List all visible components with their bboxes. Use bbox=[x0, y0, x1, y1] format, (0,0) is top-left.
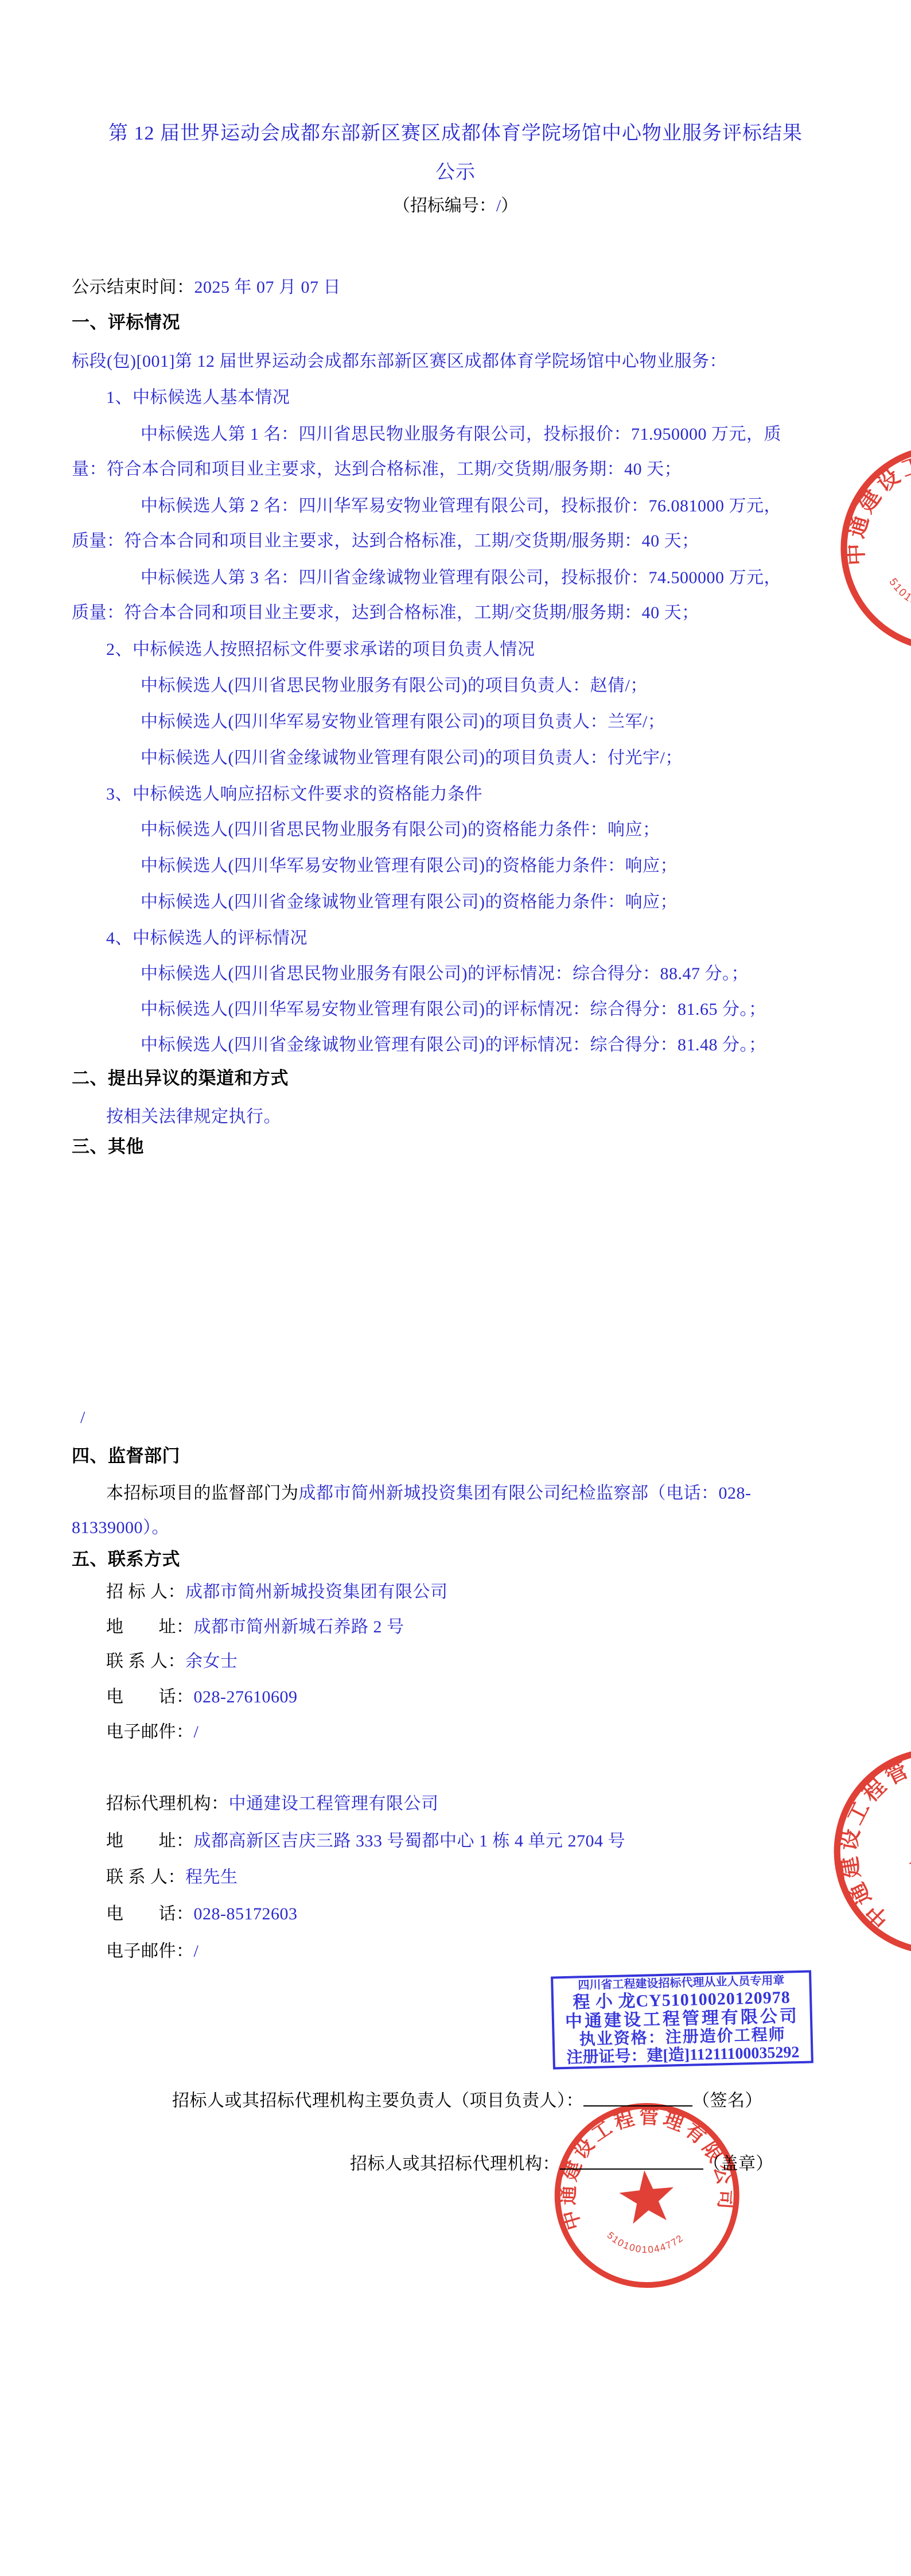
tender-number-close: ） bbox=[501, 196, 518, 215]
doc-line: 4、中标候选人的评标情况 bbox=[106, 928, 307, 949]
doc-line: 中标候选人第 2 名：四川华军易安物业管理有限公司，投标报价：76.081000… bbox=[141, 496, 781, 517]
text-segment: 招 标 人： bbox=[106, 1582, 185, 1601]
doc-line: 招标代理机构：中通建设工程管理有限公司 bbox=[106, 1794, 439, 1814]
doc-line: 电 话：028-27610609 bbox=[106, 1687, 298, 1708]
text-segment: 成都市简州新城投资集团有限公司 bbox=[185, 1582, 448, 1601]
tender-number-line: （招标编号：/） bbox=[0, 191, 911, 216]
doc-line: 招 标 人：成都市简州新城投资集团有限公司 bbox=[106, 1582, 448, 1603]
text-segment: 联 系 人： bbox=[106, 1868, 185, 1887]
text-segment: （盖章） bbox=[703, 2155, 773, 2174]
text-segment: 中标候选人(四川省金缘诚物业管理有限公司)的评标情况：综合得分：81.48 分。… bbox=[141, 1035, 766, 1054]
text-segment: 联 系 人： bbox=[106, 1652, 185, 1671]
company-seal-partial-top-right: 中通建设工程管理有限公司5101001044772 bbox=[820, 425, 911, 674]
svg-text:中通建设工程管理有限公司: 中通建设工程管理有限公司 bbox=[840, 435, 911, 593]
doc-line: 量：符合本合同和项目业主要求，达到合格标准，工期/交货期/服务期：40 天； bbox=[72, 459, 682, 480]
text-segment: 中标候选人(四川华军易安物业管理有限公司)的评标情况：综合得分：81.65 分。… bbox=[141, 1000, 766, 1019]
text-segment: 2025 年 07 月 07 日 bbox=[194, 278, 341, 297]
tender-number-label: （招标编号： bbox=[393, 196, 496, 215]
doc-line: 中标候选人(四川华军易安物业管理有限公司)的项目负责人：兰军/； bbox=[141, 712, 665, 732]
text-segment: 电 话： bbox=[106, 1904, 194, 1923]
text-segment: 三、其他 bbox=[72, 1136, 144, 1157]
doc-line: 3、中标候选人响应招标文件要求的资格能力条件 bbox=[106, 784, 482, 805]
text-segment: 招标人或其招标代理机构主要负责人（项目负责人）： bbox=[172, 2092, 583, 2111]
text-segment: 二、提出异议的渠道和方式 bbox=[72, 1068, 289, 1088]
text-segment: / bbox=[80, 1408, 85, 1427]
doc-line: 81339000）。 bbox=[72, 1518, 169, 1538]
doc-line: 质量：符合本合同和项目业主要求，达到合格标准，工期/交货期/服务期：40 天； bbox=[72, 531, 699, 552]
bid-evaluation-announcement-document: { "page": { "background": "#ffffff", "te… bbox=[0, 0, 911, 2576]
text-segment: 中标候选人(四川省金缘诚物业管理有限公司)的资格能力条件：响应； bbox=[141, 893, 678, 911]
text-segment: 中标候选人(四川华军易安物业管理有限公司)的资格能力条件：响应； bbox=[141, 856, 678, 875]
doc-line: 本招标项目的监督部门为成都市简州新城投资集团有限公司纪检监察部（电话：028- bbox=[106, 1483, 752, 1504]
doc-line: 2、中标候选人按照招标文件要求承诺的项目负责人情况 bbox=[106, 639, 535, 660]
doc-line: 电 话：028-85172603 bbox=[106, 1904, 298, 1925]
doc-line: 电子邮件：/ bbox=[106, 1941, 198, 1962]
signature-blank-line bbox=[583, 2087, 692, 2106]
signature-blank-line bbox=[560, 2150, 703, 2170]
text-segment: 质量：符合本合同和项目业主要求，达到合格标准，工期/交货期/服务期：40 天； bbox=[72, 603, 699, 622]
doc-line: 电子邮件：/ bbox=[106, 1722, 198, 1743]
svg-text:5101001044772: 5101001044772 bbox=[883, 575, 911, 620]
doc-line: 中标候选人(四川省思民物业服务有限公司)的资格能力条件：响应； bbox=[141, 820, 660, 840]
text-segment: 一、评标情况 bbox=[72, 312, 180, 332]
text-segment: 质量：符合本合同和项目业主要求，达到合格标准，工期/交货期/服务期：40 天； bbox=[72, 532, 699, 550]
doc-line: 招标人或其招标代理机构：（盖章） bbox=[350, 2150, 773, 2175]
text-segment: 中标候选人(四川省思民物业服务有限公司)的项目负责人：赵倩/； bbox=[141, 676, 648, 695]
text-segment: 中标候选人(四川省金缘诚物业管理有限公司)的项目负责人：付光宇/； bbox=[141, 748, 683, 767]
text-segment: 招标代理机构： bbox=[106, 1794, 229, 1813]
text-segment: 1、中标候选人基本情况 bbox=[106, 388, 290, 407]
doc-line: 四、监督部门 bbox=[72, 1445, 180, 1467]
doc-line: 三、其他 bbox=[72, 1136, 144, 1157]
text-segment: 中通建设工程管理有限公司 bbox=[229, 1794, 439, 1813]
text-segment: 中标候选人第 1 名：四川省思民物业服务有限公司，投标报价：71.950000 … bbox=[141, 425, 781, 444]
doc-line: 五、联系方式 bbox=[72, 1549, 180, 1570]
doc-line: / bbox=[80, 1407, 85, 1428]
doc-line: 按相关法律规定执行。 bbox=[106, 1107, 281, 1127]
text-segment: 成都高新区吉庆三路 333 号蜀都中心 1 栋 4 单元 2704 号 bbox=[194, 1832, 626, 1850]
text-segment: 028-85172603 bbox=[194, 1904, 298, 1923]
doc-line: 联 系 人：余女士 bbox=[106, 1651, 238, 1672]
svg-text:中通建设工程管理有限公司: 中通建设工程管理有限公司 bbox=[797, 1712, 911, 1935]
text-segment: 4、中标候选人的评标情况 bbox=[106, 929, 307, 948]
text-segment: 程先生 bbox=[185, 1868, 238, 1887]
text-segment: 中标候选人(四川省思民物业服务有限公司)的评标情况：综合得分：88.47 分。； bbox=[141, 964, 749, 983]
doc-line: 招标人或其招标代理机构主要负责人（项目负责人）：（签名） bbox=[172, 2087, 762, 2112]
text-segment: / bbox=[194, 1942, 199, 1961]
company-seal-partial-mid-right: 中通建设工程管理有限公司5101001044772 bbox=[785, 1700, 911, 2005]
text-segment: 本招标项目的监督部门为 bbox=[106, 1484, 299, 1503]
text-segment: 3、中标候选人响应招标文件要求的资格能力条件 bbox=[106, 785, 482, 804]
text-segment: 五、联系方式 bbox=[72, 1549, 180, 1569]
text-segment: 电子邮件： bbox=[106, 1942, 194, 1961]
doc-line: 中标候选人(四川省思民物业服务有限公司)的项目负责人：赵倩/； bbox=[141, 676, 648, 696]
text-segment: 电 话： bbox=[106, 1687, 194, 1706]
doc-line: 中标候选人(四川省思民物业服务有限公司)的评标情况：综合得分：88.47 分。； bbox=[141, 964, 749, 984]
text-segment: 81339000）。 bbox=[72, 1518, 169, 1537]
doc-line: 中标候选人第 1 名：四川省思民物业服务有限公司，投标报价：71.950000 … bbox=[141, 424, 781, 445]
text-segment: 028-27610609 bbox=[194, 1687, 298, 1706]
page-title-line2: 公示 bbox=[0, 156, 911, 184]
doc-line: 中标候选人(四川省金缘诚物业管理有限公司)的项目负责人：付光宇/； bbox=[141, 748, 683, 769]
text-segment: 余女士 bbox=[185, 1652, 238, 1671]
text-segment: 中标候选人第 2 名：四川华军易安物业管理有限公司，投标报价：76.081000… bbox=[141, 496, 781, 515]
text-segment: 地 址： bbox=[106, 1617, 194, 1636]
text-segment: 公示结束时间： bbox=[72, 278, 194, 297]
text-segment: 成都市简州新城投资集团有限公司纪检监察部（电话：028- bbox=[299, 1484, 752, 1503]
text-segment: 2、中标候选人按照招标文件要求承诺的项目负责人情况 bbox=[106, 640, 535, 659]
company-seal-bottom: 中通建设工程管理有限公司5101001044772 bbox=[540, 2088, 754, 2306]
doc-line: 质量：符合本合同和项目业主要求，达到合格标准，工期/交货期/服务期：40 天； bbox=[72, 603, 699, 623]
doc-line: 中标候选人(四川省金缘诚物业管理有限公司)的资格能力条件：响应； bbox=[141, 892, 678, 913]
doc-line: 一、评标情况 bbox=[72, 312, 180, 333]
text-segment: 中标候选人(四川省思民物业服务有限公司)的资格能力条件：响应； bbox=[141, 820, 660, 839]
svg-text:5101001044772: 5101001044772 bbox=[604, 2222, 687, 2260]
page-title: 第 12 届世界运动会成都东部新区赛区成都体育学院场馆中心物业服务评标结果 bbox=[0, 117, 911, 145]
doc-line: 中标候选人(四川华军易安物业管理有限公司)的评标情况：综合得分：81.65 分。… bbox=[141, 999, 766, 1020]
doc-line: 标段(包)[001]第 12 届世界运动会成都东部新区赛区成都体育学院场馆中心物… bbox=[72, 351, 727, 372]
doc-line: 中标候选人第 3 名：四川省金缘诚物业管理有限公司，投标报价：74.500000… bbox=[141, 568, 781, 588]
doc-line: 联 系 人：程先生 bbox=[106, 1867, 238, 1888]
doc-line: 1、中标候选人基本情况 bbox=[106, 387, 290, 408]
tender-number-value: / bbox=[496, 196, 501, 215]
text-segment: 招标人或其招标代理机构： bbox=[350, 2155, 560, 2174]
doc-line: 地 址：成都市简州新城石养路 2 号 bbox=[106, 1617, 404, 1638]
text-segment: 按相关法律规定执行。 bbox=[106, 1107, 281, 1126]
doc-line: 公示结束时间：2025 年 07 月 07 日 bbox=[72, 277, 341, 298]
doc-line: 中标候选人(四川华军易安物业管理有限公司)的资格能力条件：响应； bbox=[141, 856, 678, 876]
doc-line: 地 址：成都高新区吉庆三路 333 号蜀都中心 1 栋 4 单元 2704 号 bbox=[106, 1831, 625, 1852]
text-segment: 量：符合本合同和项目业主要求，达到合格标准，工期/交货期/服务期：40 天； bbox=[72, 460, 682, 479]
text-segment: （签名） bbox=[692, 2092, 762, 2111]
doc-line: 中标候选人(四川省金缘诚物业管理有限公司)的评标情况：综合得分：81.48 分。… bbox=[141, 1035, 766, 1056]
agency-cert-stamp: 四川省工程建设招标代理从业人员专用章 程 小 龙CY51010020120978… bbox=[551, 1970, 813, 2069]
text-segment: 标段(包)[001]第 12 届世界运动会成都东部新区赛区成都体育学院场馆中心物… bbox=[72, 352, 727, 371]
text-segment: 电子邮件： bbox=[106, 1722, 194, 1741]
text-segment: 中标候选人(四川华军易安物业管理有限公司)的项目负责人：兰军/； bbox=[141, 712, 665, 731]
text-segment: 地 址： bbox=[106, 1832, 194, 1850]
text-segment: / bbox=[194, 1722, 199, 1741]
doc-line: 二、提出异议的渠道和方式 bbox=[72, 1068, 289, 1089]
text-segment: 成都市简州新城石养路 2 号 bbox=[194, 1617, 404, 1636]
text-segment: 中标候选人第 3 名：四川省金缘诚物业管理有限公司，投标报价：74.500000… bbox=[141, 568, 781, 587]
text-segment: 四、监督部门 bbox=[72, 1446, 180, 1466]
